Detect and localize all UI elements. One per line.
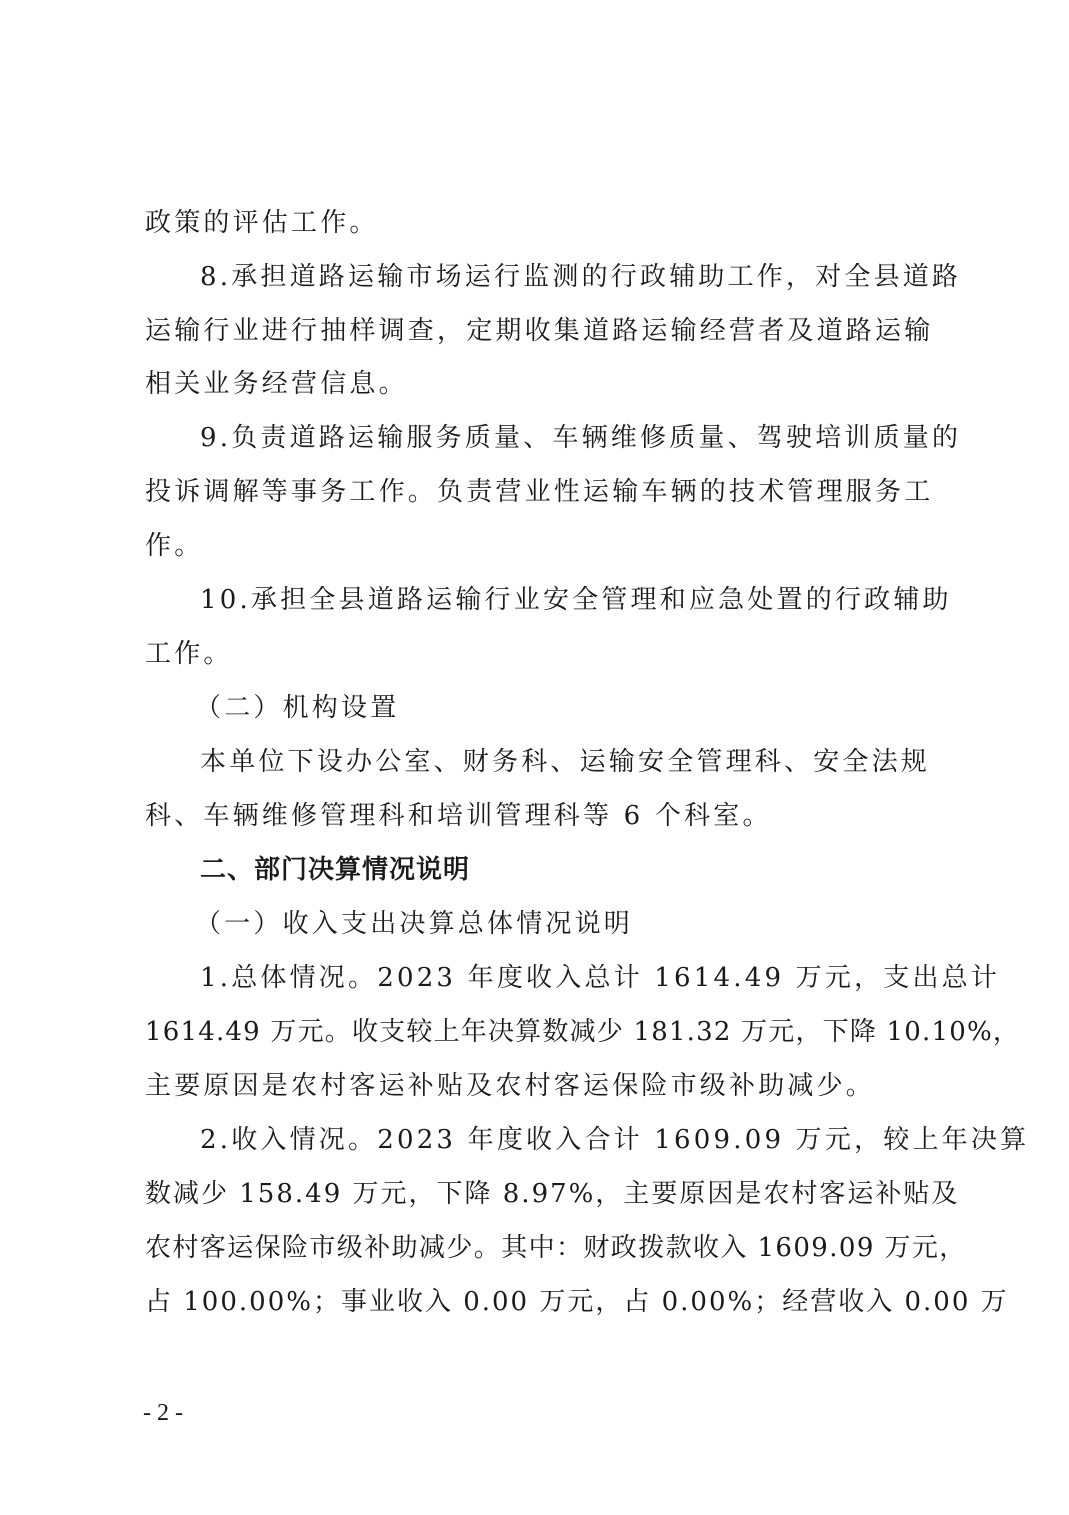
list-item-10: 10.承担全县道路运输行业安全管理和应急处置的行政辅助 <box>200 580 940 620</box>
subsection-heading-organization: （二）机构设置 <box>195 688 935 728</box>
page-number: - 2 - <box>143 1398 183 1428</box>
paragraph-line: 相关业务经营信息。 <box>145 364 940 404</box>
paragraph-line: 本单位下设办公室、财务科、运输安全管理科、安全法规 <box>200 742 940 782</box>
section-heading-final-accounts: 二、部门决算情况说明 <box>200 850 940 890</box>
paragraph-line: 主要原因是农村客运补贴及农村客运保险市级补助减少。 <box>145 1066 940 1106</box>
paragraph-line: 1614.49 万元。收支较上年决算数减少 181.32 万元，下降 10.10… <box>145 1012 940 1052</box>
list-item-9: 9.负责道路运输服务质量、车辆维修质量、驾驶培训质量的 <box>200 418 940 458</box>
paragraph-income: 2.收入情况。2023 年度收入合计 1609.09 万元，较上年决算 <box>200 1120 940 1160</box>
paragraph-line: 科、车辆维修管理科和培训管理科等 6 个科室。 <box>145 796 940 836</box>
paragraph-line: 投诉调解等事务工作。负责营业性运输车辆的技术管理服务工 <box>145 472 940 512</box>
subsection-heading-income-expense: （一）收入支出决算总体情况说明 <box>195 904 935 944</box>
paragraph-line: 政策的评估工作。 <box>145 203 940 243</box>
paragraph-overall: 1.总体情况。2023 年度收入总计 1614.49 万元，支出总计 <box>200 958 940 998</box>
paragraph-line: 作。 <box>145 526 940 566</box>
paragraph-line: 占 100.00%；事业收入 0.00 万元，占 0.00%；经营收入 0.00… <box>145 1282 940 1322</box>
paragraph-line: 工作。 <box>145 634 940 674</box>
list-item-8: 8.承担道路运输市场运行监测的行政辅助工作，对全县道路 <box>200 257 940 297</box>
paragraph-line: 运输行业进行抽样调查，定期收集道路运输经营者及道路运输 <box>145 311 940 351</box>
paragraph-line: 农村客运保险市级补助减少。其中：财政拨款收入 1609.09 万元， <box>145 1228 940 1268</box>
paragraph-line: 数减少 158.49 万元，下降 8.97%，主要原因是农村客运补贴及 <box>145 1174 940 1214</box>
document-page: 政策的评估工作。 8.承担道路运输市场运行监测的行政辅助工作，对全县道路 运输行… <box>0 0 1069 1515</box>
